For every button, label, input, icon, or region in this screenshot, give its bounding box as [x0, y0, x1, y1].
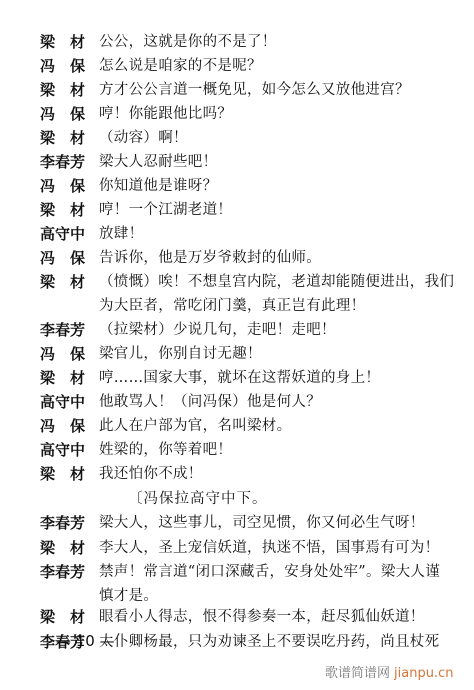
speaker-name: 李春芳	[40, 513, 98, 533]
watermark-cn: 歌谱简谱网	[325, 666, 390, 681]
watermark: 歌谱简谱网jianpu.cn	[325, 662, 453, 681]
dialogue-text: 慎才是。	[99, 586, 158, 606]
speaker-name: 梁 材	[40, 607, 98, 627]
speaker-name: 梁 材	[40, 128, 98, 148]
speaker-name: 冯 保	[40, 248, 98, 268]
dialogue-text: 他敢骂人！（问冯保）他是何人？	[99, 392, 321, 412]
speaker-name: 冯 保	[40, 416, 98, 436]
dialogue-text: 告诉你，他是万岁爷敕封的仙师。	[99, 248, 321, 268]
dialogue-text: 怎么说是咱家的不是呢？	[99, 56, 262, 76]
speaker-name: 李春芳	[40, 320, 98, 340]
watermark-en: jianpu.cn	[394, 666, 453, 681]
dialogue-text: 你知道他是谁呀？	[99, 176, 217, 196]
dialogue-text: 姓梁的，你等着吧！	[99, 440, 232, 460]
dialogue-text: （拉梁材）少说几句，走吧！走吧！	[99, 320, 336, 340]
dialogue-text: 放肆！	[99, 224, 143, 244]
dialogue-text: 公公，这就是你的不是了！	[99, 32, 277, 52]
dialogue-text: 我还怕你不成！	[99, 464, 203, 484]
speaker-name: 冯 保	[40, 56, 98, 76]
dialogue-text: 梁大人忍耐些吧！	[99, 152, 217, 172]
dialogue-text: 李大人，圣上宠信妖道，执迷不悟，国事焉有可为！	[99, 538, 439, 558]
dialogue-text: 哼！一个江湖老道！	[99, 200, 232, 220]
speaker-name: 梁 材	[40, 32, 98, 52]
speaker-name: 梁 材	[40, 80, 98, 100]
dialogue-text: 为大臣者，常吃闭门羹，真正岂有此理！	[99, 296, 365, 316]
speaker-name: 李春芳	[40, 152, 98, 172]
dialogue-text: 梁大人，这些事儿，司空见惯，你又何必生气呀！	[99, 513, 425, 533]
dialogue-text: 眼看小人得志，恨不得参奏一本，赶尽狐仙妖道！	[99, 607, 425, 627]
speaker-name: 冯 保	[40, 104, 98, 124]
speaker-name: 高守中	[40, 224, 98, 244]
script-page: 梁 材公公，这就是你的不是了！冯 保怎么说是咱家的不是呢？梁 材方才公公言道一概…	[0, 0, 474, 690]
dialogue-text: 此人在户部为官，名叫梁材。	[99, 416, 291, 436]
speaker-name: 梁 材	[40, 538, 98, 558]
speaker-name: 李春芳	[40, 562, 98, 582]
speaker-name: 冯 保	[40, 344, 98, 364]
dialogue-text: （愤慨）唉！不想皇宫内院，老道却能随便进出，我们	[99, 272, 454, 292]
dialogue-text: 方才公公言道一概免见，如今怎么又放他进宫？	[99, 80, 410, 100]
stage-direction: 〔冯保拉高守中下。	[128, 489, 268, 509]
dialogue-text: 哼……国家大事，就坏在这帮妖道的身上！	[99, 368, 380, 388]
speaker-name: 梁 材	[40, 200, 98, 220]
speaker-name: 梁 材	[40, 272, 98, 292]
dialogue-text: 太仆卿杨最，只为劝谏圣上不要误吃丹药，尚且杖死	[99, 632, 439, 652]
dialogue-text: （动容）啊！	[99, 128, 188, 148]
dialogue-text: 梁官儿，你别自讨无趣！	[99, 344, 262, 364]
page-number: — 10 —	[56, 632, 115, 650]
speaker-name: 高守中	[40, 440, 98, 460]
speaker-name: 高守中	[40, 392, 98, 412]
dialogue-text: 哼！你能跟他比吗？	[99, 104, 232, 124]
speaker-name: 梁 材	[40, 368, 98, 388]
dialogue-text: 禁声！常言道“闭口深藏舌，安身处处牢”。梁大人谨	[99, 562, 440, 582]
speaker-name: 冯 保	[40, 176, 98, 196]
speaker-name: 梁 材	[40, 464, 98, 484]
